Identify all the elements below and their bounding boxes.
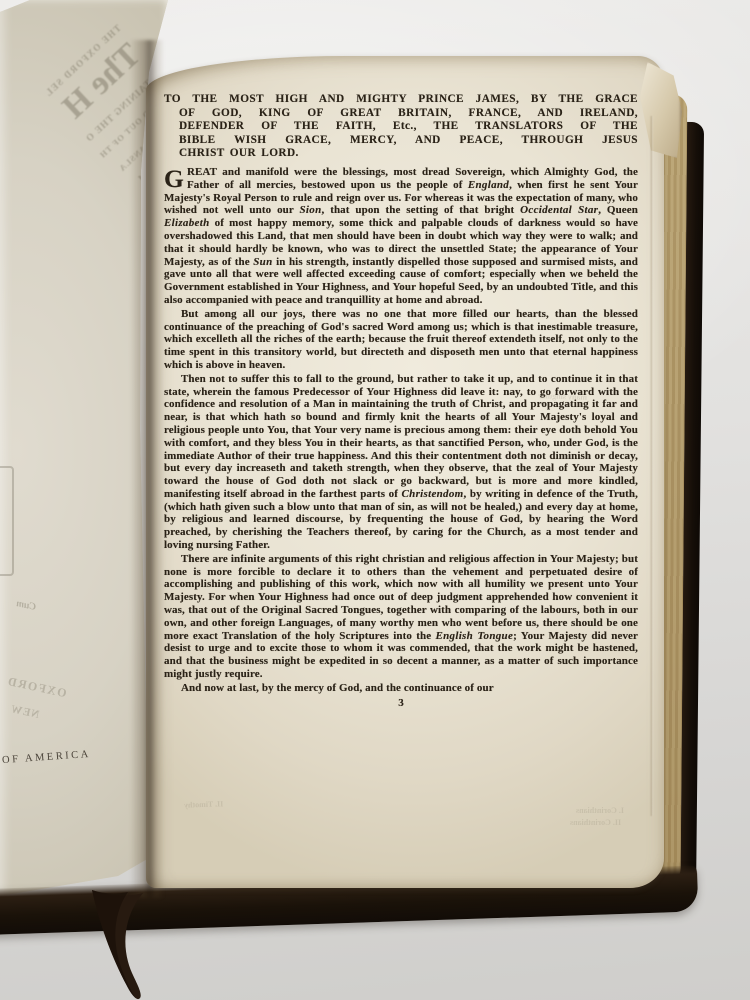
- heading-line: BIBLE WISH GRACE, MERCY, AND PEACE, THRO…: [179, 134, 638, 148]
- ghost-showthrough-fragment: I. Corinthians: [576, 806, 624, 815]
- dedication-paragraph: There are infinite arguments of this rig…: [164, 553, 638, 681]
- photo-of-open-bible: THE OXFORD SELThe HONTAINING THE ONSLATE…: [0, 0, 750, 1000]
- ghost-cum-text: Cum: [15, 598, 37, 613]
- heading-line: TO THE MOST HIGH AND MIGHTY PRINCE JAMES…: [179, 93, 638, 107]
- heading-line: CHRIST OUR LORD.: [179, 147, 638, 161]
- dedication-paragraph: But among all our joys, there was no one…: [164, 308, 638, 372]
- heading-line: OF GOD, KING OF GREAT BRITAIN, FRANCE, A…: [179, 107, 638, 121]
- left-page: THE OXFORD SELThe HONTAINING THE ONSLATE…: [0, 0, 170, 1000]
- ghost-showthrough-fragment: many singular: [538, 391, 587, 402]
- dedication-body: GREAT and manifold were the blessings, m…: [164, 166, 638, 695]
- ghost-oxford-text: OXFORD: [5, 674, 68, 701]
- ribbon-bookmark: [88, 884, 158, 1000]
- ghost-new-text: NEW: [9, 703, 40, 721]
- page-number: 3: [164, 697, 638, 709]
- heading-line: DEFENDER OF THE FAITH, Etc., THE TRANSLA…: [179, 120, 638, 134]
- dedication-text-column: TO THE MOST HIGH AND MIGHTY PRINCE JAMES…: [146, 56, 664, 709]
- right-page: TO THE MOST HIGH AND MIGHTY PRINCE JAMES…: [146, 56, 664, 888]
- ghost-border-box: [0, 466, 14, 576]
- ghost-showthrough-fragment: II. Timothy: [184, 799, 224, 809]
- drop-cap-initial: G: [164, 166, 187, 191]
- dedication-paragraph: And now at last, by the mercy of God, an…: [164, 682, 638, 695]
- ghost-showthrough-fragment: II. Corinthians: [570, 818, 621, 827]
- dedication-paragraph: GREAT and manifold were the blessings, m…: [164, 166, 638, 307]
- printed-of-america-text: OF AMERICA: [2, 749, 91, 766]
- dedication-heading: TO THE MOST HIGH AND MIGHTY PRINCE JAMES…: [164, 93, 638, 161]
